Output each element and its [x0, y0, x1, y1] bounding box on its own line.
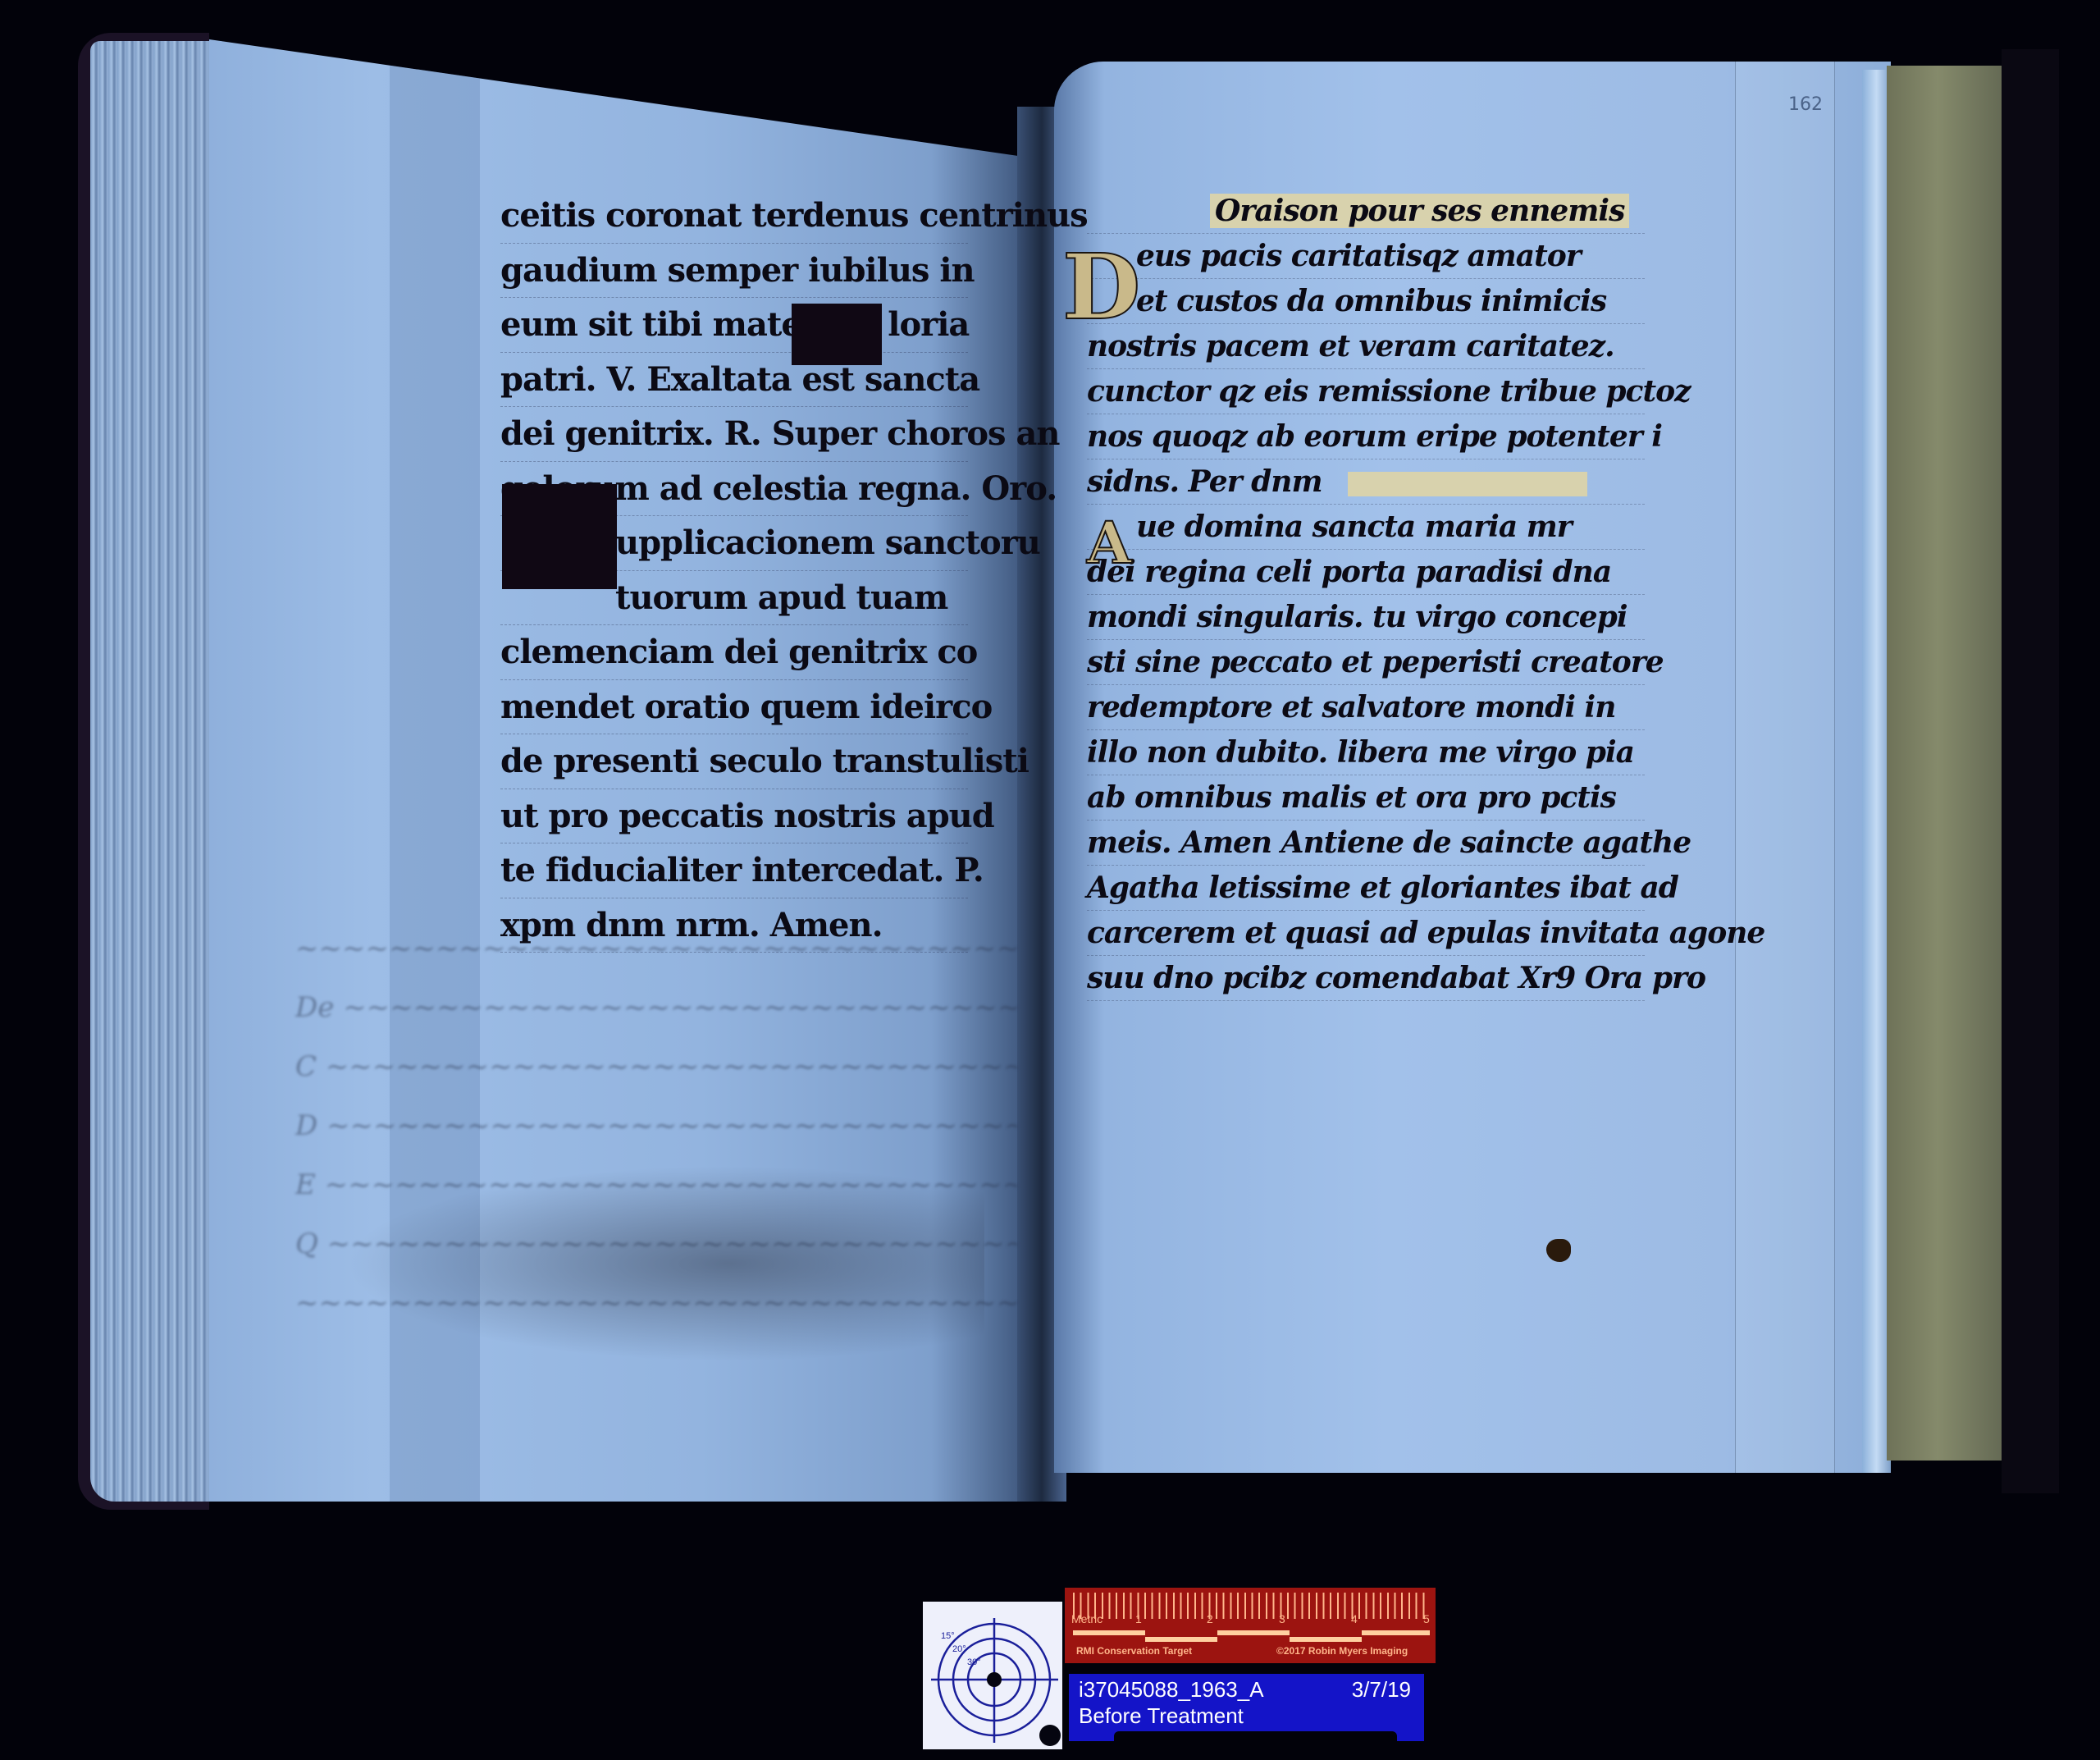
crosshair-target-icon [923, 1602, 1062, 1749]
faded-line: C ~~~~~~~~~~~~~~~~~~~~~~~~~~~~~~ [295, 1037, 1017, 1096]
ruler-band [1217, 1630, 1290, 1635]
faded-line: D ~~~~~~~~~~~~~~~~~~~~~~~~~~~~~~ [295, 1096, 1017, 1155]
ruler-ticks [1073, 1593, 1430, 1619]
faded-line: ~~~~~~~~~~~~~~~~~~~~~~~~~~~~~~~~ [295, 1273, 1017, 1333]
text-line: suu dno pcibz comendabat Xr9 Ora pro [1087, 956, 1645, 1001]
text-line: ab omnibus malis et ora pro pctis [1087, 775, 1645, 821]
image-label: i37045088_1963_A 3/7/19 Before Treatment [1069, 1674, 1424, 1741]
angle-label: 30° [967, 1657, 981, 1667]
text-line: nos quoqz ab eorum eripe potenter i [1087, 414, 1645, 459]
angle-label: 15° [941, 1631, 955, 1641]
text-line: nostris pacem et veram caritatez. [1087, 324, 1645, 369]
text-line: ceitis coronat terdenus centrinus [500, 189, 968, 244]
image-id: i37045088_1963_A [1079, 1677, 1264, 1703]
dark-initial-box [502, 484, 617, 589]
text-line: sidns. Per dnm [1087, 459, 1645, 505]
ruler-band [1290, 1637, 1362, 1642]
book-cover-right [1887, 66, 2014, 1461]
ruler-band [1362, 1630, 1430, 1635]
text-line: Agatha letissime et gloriantes ibat ad [1087, 866, 1645, 911]
illuminated-initial-a: A [1087, 509, 1131, 577]
label-notch [1114, 1731, 1397, 1743]
text-line: carcerem et quasi ad epulas invitata ago… [1087, 911, 1645, 956]
ruler-number: 3 [1279, 1612, 1285, 1625]
dark-initial-box [792, 304, 882, 365]
ruler-number: 2 [1207, 1612, 1213, 1625]
faded-line: ~~~~~~~~~~~~~~~~~~~~~~~~~~~~~~~ [295, 919, 1017, 978]
ruler-band [1145, 1637, 1217, 1642]
uv-target-card: 15° 20° 30° [923, 1602, 1062, 1749]
angle-label: 20° [952, 1644, 966, 1654]
text-line: mondi singularis. tu virgo concepi [1087, 595, 1645, 640]
text-line: sti sine peccato et peperisti creatore [1087, 640, 1645, 685]
ruler-number: 5 [1423, 1612, 1430, 1625]
cover-shadow [2002, 49, 2059, 1493]
folio-number: 162 [1788, 94, 1823, 115]
ruler-number: 4 [1351, 1612, 1358, 1625]
metric-ruler: Metric 1 2 3 4 5 RMI Conservation Target… [1065, 1588, 1436, 1663]
repair-strip [1735, 62, 1835, 1473]
text-line: te fiducialiter intercedat. P. [500, 843, 968, 898]
text-line: patri. V. Exaltata est sancta [500, 353, 968, 408]
text-line: eus pacis caritatisqz amator [1087, 234, 1645, 279]
ruler-label: Metric [1071, 1612, 1102, 1625]
text-line: de presenti seculo transtulisti [500, 734, 968, 789]
text-line: dei genitrix. R. Super choros an [500, 407, 968, 462]
ruler-band [1073, 1630, 1145, 1635]
heading-line: Oraison pour ses ennemis [1087, 189, 1645, 234]
text-line: clemenciam dei genitrix co [500, 625, 968, 680]
faded-line: E ~~~~~~~~~~~~~~~~~~~~~~~~~~~~~~ [295, 1155, 1017, 1214]
faded-offset-text: ~~~~~~~~~~~~~~~~~~~~~~~~~~~~~~~ De ~~~~~… [295, 919, 1017, 1333]
text-line: dei regina celi porta paradisi dna [1087, 550, 1645, 595]
text-line: cunctor qz eis remissione tribue pctoz [1087, 369, 1645, 414]
text-line: meis. Amen Antiene de saincte agathe [1087, 821, 1645, 866]
text-line: gaudium semper iubilus in [500, 244, 968, 299]
ruler-title: RMI Conservation Target [1076, 1645, 1192, 1657]
ink-spot [1546, 1239, 1571, 1262]
text-span: sidns. Per dnm [1087, 464, 1322, 499]
erased-rubric [1348, 472, 1587, 496]
ruler-number: 1 [1135, 1612, 1142, 1625]
capture-date: 3/7/19 [1352, 1677, 1411, 1703]
text-line: et custos da omnibus inimicis [1087, 279, 1645, 324]
page-edges [90, 41, 221, 1502]
faded-line: Q ~~~~~~~~~~~~~~~~~~~~~~~~~~~~~~ [295, 1214, 1017, 1273]
text-line: eum sit tibi mater ▇▇ loria [500, 298, 968, 353]
treatment-status: Before Treatment [1079, 1703, 1244, 1729]
illuminated-initial-d: D [1062, 234, 1140, 340]
rubric-heading: Oraison pour ses ennemis [1210, 194, 1629, 228]
text-line: redemptore et salvatore mondi in [1087, 685, 1645, 730]
text-line: mendet oratio quem ideirco [500, 680, 968, 735]
text-line: ut pro peccatis nostris apud [500, 789, 968, 844]
faded-line: De ~~~~~~~~~~~~~~~~~~~~~~~~~~~~~ [295, 978, 1017, 1037]
text-line: illo non dubito. libera me virgo pia [1087, 730, 1645, 775]
copyright-text: ©2017 Robin Myers Imaging [1276, 1645, 1408, 1657]
right-page-text: Oraison pour ses ennemis eus pacis carit… [1087, 189, 1645, 1001]
text-line: ue domina sancta maria mr [1087, 505, 1645, 550]
